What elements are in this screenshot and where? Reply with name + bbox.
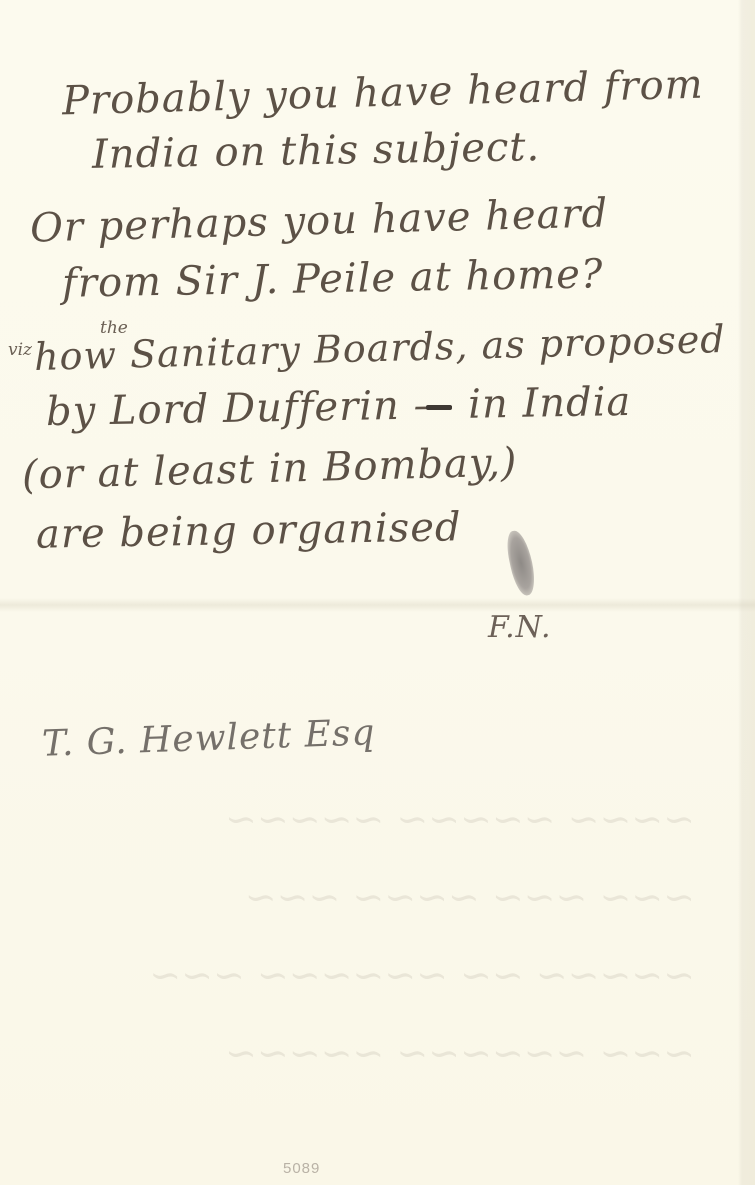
signature-initials: F.N.	[488, 610, 552, 645]
show-through-text: ~~~~ ~~~~~ ~~~~~ ~~~ ~~~ ~~~~ ~~~ ~~~~~ …	[0, 0, 755, 1185]
letter-line-2: India on this subject.	[92, 124, 541, 178]
letter-page: ~~~~ ~~~~~ ~~~~~ ~~~ ~~~ ~~~~ ~~~ ~~~~~ …	[0, 0, 755, 1185]
archive-number: 5089	[283, 1160, 320, 1177]
ink-dash	[426, 405, 452, 410]
margin-insertion: viz	[8, 340, 32, 360]
letter-line-4: from Sir J. Peile at home?	[62, 251, 604, 306]
letter-line-8: are being organised	[36, 504, 462, 557]
